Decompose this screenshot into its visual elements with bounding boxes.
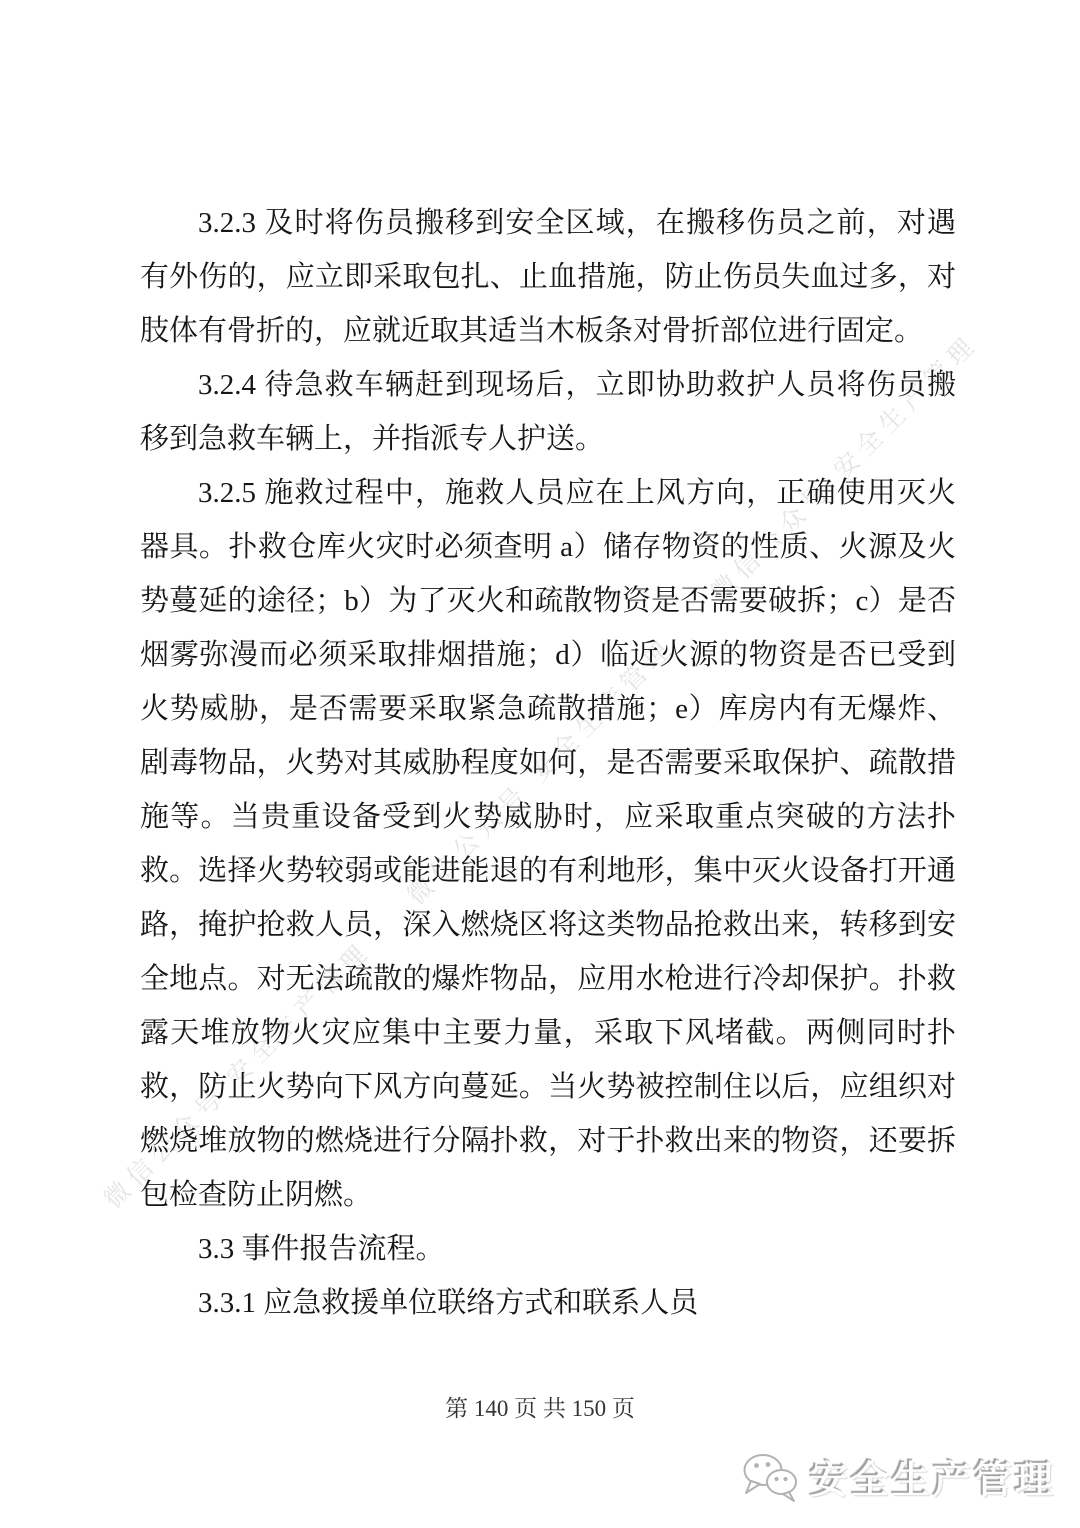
heading-3-3-1: 3.3.1 应急救援单位联络方式和联系人员 — [140, 1276, 956, 1330]
brand-label: 安全生产管理 — [810, 1449, 1056, 1504]
wechat-icon — [740, 1450, 800, 1504]
document-page: 微信公众号 安全生产管理 微信公众号 安全生产管理 微信公众号 安全生产管理 3… — [0, 0, 1080, 1528]
document-body: 3.2.3 及时将伤员搬移到安全区域，在搬移伤员之前，对遇有外伤的，应立即采取包… — [140, 196, 956, 1330]
paragraph-3-2-5: 3.2.5 施救过程中，施救人员应在上风方向，正确使用灭火器具。扑救仓库火灾时必… — [140, 466, 956, 1222]
paragraph-3-2-3: 3.2.3 及时将伤员搬移到安全区域，在搬移伤员之前，对遇有外伤的，应立即采取包… — [140, 196, 956, 358]
page-number: 第 140 页 共 150 页 — [0, 1390, 1080, 1423]
heading-3-3: 3.3 事件报告流程。 — [140, 1222, 956, 1276]
paragraph-3-2-4: 3.2.4 待急救车辆赶到现场后，立即协助救护人员将伤员搬移到急救车辆上，并指派… — [140, 358, 956, 466]
brand-badge: 安全生产管理 — [740, 1449, 1056, 1504]
